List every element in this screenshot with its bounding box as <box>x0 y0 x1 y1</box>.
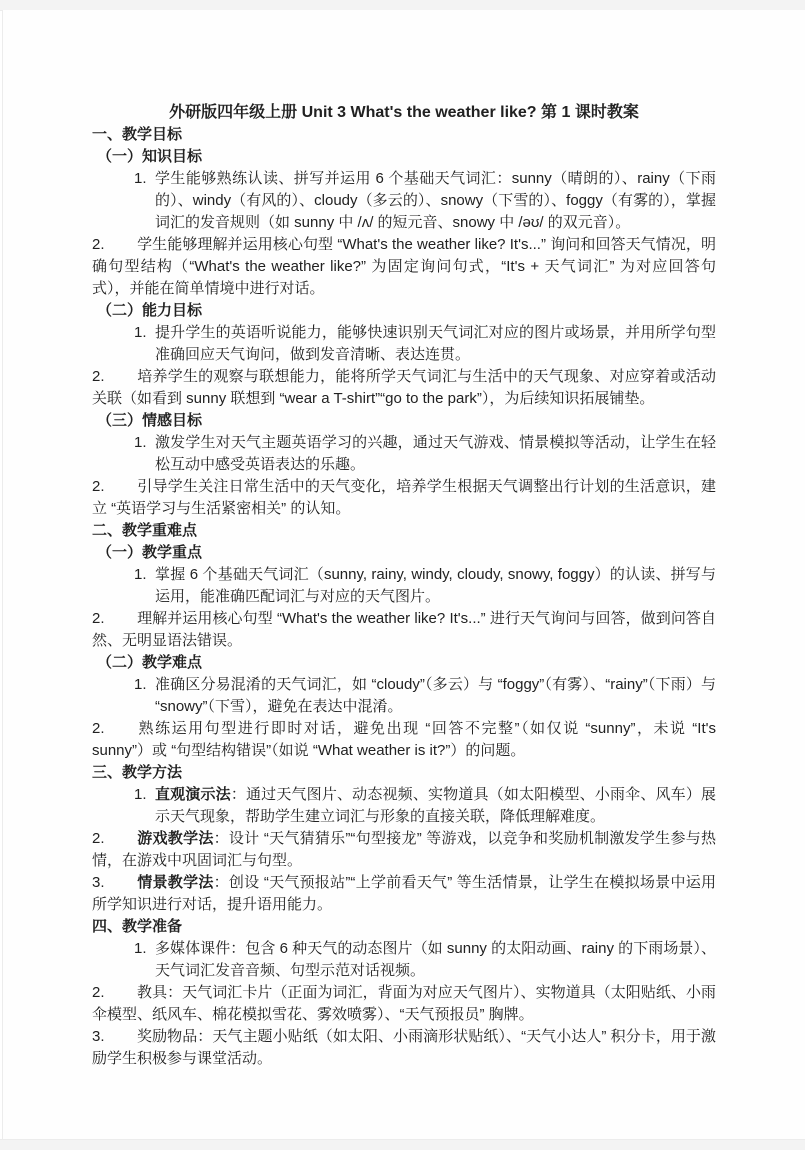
item-number: 2. <box>92 476 137 498</box>
item-number: 2. <box>92 982 137 1004</box>
item-number: 1. <box>134 432 147 454</box>
list-item: 1.准确区分易混淆的天气词汇，如 “cloudy”（多云）与 “foggy”（有… <box>155 674 716 718</box>
section-heading-teaching-preparation: 四、教学准备 <box>92 916 716 938</box>
paragraph-text: 理解并运用核心句型 “What's the weather like? It's… <box>92 610 716 649</box>
paragraph: 3.情景教学法：创设 “天气预报站”“上学前看天气” 等生活情景，让学生在模拟场… <box>92 872 716 916</box>
subsection-heading-ability-goals: （二）能力目标 <box>92 300 716 322</box>
list-item-text: 准确区分易混淆的天气词汇，如 “cloudy”（多云）与 “foggy”（有雾）… <box>155 676 716 715</box>
method-name: 直观演示法 <box>155 786 231 803</box>
list-item: 1.提升学生的英语听说能力，能够快速识别天气词汇对应的图片或场景，并用所学句型准… <box>155 322 716 366</box>
list-item: 1.激发学生对天气主题英语学习的兴趣，通过天气游戏、情景模拟等活动，让学生在轻松… <box>155 432 716 476</box>
subsection-heading-difficult-points: （二）教学难点 <box>92 652 716 674</box>
list-item: 1.多媒体课件：包含 6 种天气的动态图片（如 sunny 的太阳动画、rain… <box>155 938 716 982</box>
subsection-heading-knowledge-goals: （一）知识目标 <box>92 146 716 168</box>
subsection-heading-emotion-goals: （三）情感目标 <box>92 410 716 432</box>
item-number: 1. <box>134 564 147 586</box>
list-item-text: ：通过天气图片、动态视频、实物道具（如太阳模型、小雨伞、风车）展示天气现象，帮助… <box>155 786 716 825</box>
paragraph: 2.引导学生关注日常生活中的天气变化，培养学生根据天气调整出行计划的生活意识，建… <box>92 476 716 520</box>
item-number: 2. <box>92 828 137 850</box>
item-number: 1. <box>134 938 147 960</box>
item-number: 3. <box>92 872 137 894</box>
paragraph: 3.奖励物品：天气主题小贴纸（如太阳、小雨滴形状贴纸）、“天气小达人” 积分卡，… <box>92 1026 716 1070</box>
list-item-text: 多媒体课件：包含 6 种天气的动态图片（如 sunny 的太阳动画、rainy … <box>155 940 716 979</box>
paragraph-text: 培养学生的观察与联想能力，能将所学天气词汇与生活中的天气现象、对应穿着或活动关联… <box>92 368 716 407</box>
subsection-heading-key-points: （一）教学重点 <box>92 542 716 564</box>
item-number: 2. <box>92 718 137 740</box>
item-number: 1. <box>134 784 147 806</box>
list-item: 1.直观演示法：通过天气图片、动态视频、实物道具（如太阳模型、小雨伞、风车）展示… <box>155 784 716 828</box>
section-heading-teaching-methods: 三、教学方法 <box>92 762 716 784</box>
list-item-text: 激发学生对天气主题英语学习的兴趣，通过天气游戏、情景模拟等活动，让学生在轻松互动… <box>155 434 716 473</box>
list-item: 1.学生能够熟练认读、拼写并运用 6 个基础天气词汇：sunny（晴朗的）、ra… <box>155 168 716 234</box>
list-item-text: 掌握 6 个基础天气词汇（sunny, rainy, windy, cloudy… <box>155 566 716 605</box>
paragraph-text: 引导学生关注日常生活中的天气变化，培养学生根据天气调整出行计划的生活意识，建立 … <box>92 478 716 517</box>
document-title: 外研版四年级上册 Unit 3 What's the weather like?… <box>92 102 716 124</box>
paragraph-text: 奖励物品：天气主题小贴纸（如太阳、小雨滴形状贴纸）、“天气小达人” 积分卡，用于… <box>92 1028 716 1067</box>
item-number: 3. <box>92 1026 137 1048</box>
item-number: 1. <box>134 168 147 190</box>
section-heading-key-difficult-points: 二、教学重难点 <box>92 520 716 542</box>
paragraph: 2.培养学生的观察与联想能力，能将所学天气词汇与生活中的天气现象、对应穿着或活动… <box>92 366 716 410</box>
paragraph: 2.熟练运用句型进行即时对话，避免出现 “回答不完整”（如仅说 “sunny”，… <box>92 718 716 762</box>
item-number: 1. <box>134 674 147 696</box>
paragraph-text: 学生能够理解并运用核心句型 “What's the weather like? … <box>92 236 716 297</box>
method-name: 情景教学法 <box>137 874 214 891</box>
paragraph-text: 教具：天气词汇卡片（正面为词汇，背面为对应天气图片）、实物道具（太阳贴纸、小雨伞… <box>92 984 716 1023</box>
paragraph: 2.学生能够理解并运用核心句型 “What's the weather like… <box>92 234 716 300</box>
list-item: 1.掌握 6 个基础天气词汇（sunny, rainy, windy, clou… <box>155 564 716 608</box>
paragraph: 2.理解并运用核心句型 “What's the weather like? It… <box>92 608 716 652</box>
paragraph: 2.教具：天气词汇卡片（正面为词汇，背面为对应天气图片）、实物道具（太阳贴纸、小… <box>92 982 716 1026</box>
document-page: 外研版四年级上册 Unit 3 What's the weather like?… <box>2 10 805 1140</box>
list-item-text: 提升学生的英语听说能力，能够快速识别天气词汇对应的图片或场景，并用所学句型准确回… <box>155 324 716 363</box>
item-number: 2. <box>92 366 137 388</box>
item-number: 2. <box>92 608 137 630</box>
paragraph: 2.游戏教学法：设计 “天气猜猜乐”“句型接龙” 等游戏，以竞争和奖励机制激发学… <box>92 828 716 872</box>
paragraph-text: 熟练运用句型进行即时对话，避免出现 “回答不完整”（如仅说 “sunny”，未说… <box>92 720 716 759</box>
section-heading-objectives: 一、教学目标 <box>92 124 716 146</box>
item-number: 2. <box>92 234 137 256</box>
viewer-bottom-gutter <box>0 1139 805 1150</box>
item-number: 1. <box>134 322 147 344</box>
method-name: 游戏教学法 <box>137 830 214 847</box>
list-item-text: 学生能够熟练认读、拼写并运用 6 个基础天气词汇：sunny（晴朗的）、rain… <box>155 170 716 231</box>
